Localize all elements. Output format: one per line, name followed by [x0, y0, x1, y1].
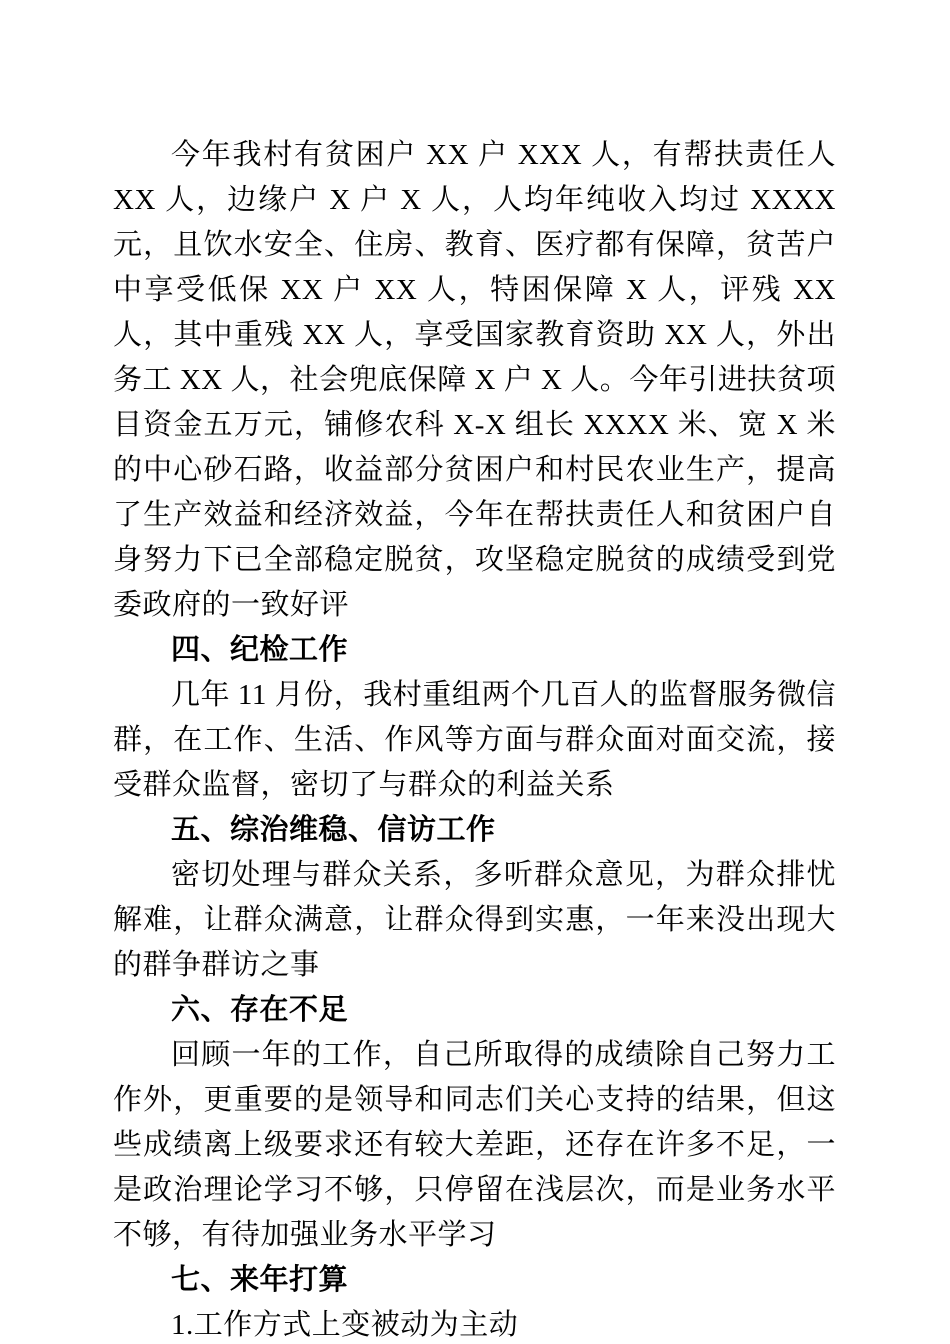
- paragraph-poverty-alleviation: 今年我村有贫困户 XX 户 XXX 人，有帮扶责任人 XX 人，边缘户 X 户 …: [113, 133, 836, 628]
- paragraph-next-year-plan-item-1: 1.工作方式上变被动为主动: [113, 1303, 836, 1344]
- document-page: 今年我村有贫困户 XX 户 XXX 人，有帮扶责任人 XX 人，边缘户 X 户 …: [0, 0, 950, 1344]
- paragraph-stability-petition: 密切处理与群众关系，多听群众意见，为群众排忧解难，让群众满意，让群众得到实惠，一…: [113, 853, 836, 988]
- paragraph-shortcomings: 回顾一年的工作，自己所取得的成绩除自己努力工作外，更重要的是领导和同志们关心支持…: [113, 1033, 836, 1258]
- document-text-block: 今年我村有贫困户 XX 户 XXX 人，有帮扶责任人 XX 人，边缘户 X 户 …: [113, 133, 836, 1344]
- section-heading-4-discipline-inspection: 四、纪检工作: [113, 628, 836, 673]
- paragraph-discipline-inspection: 几年 11 月份，我村重组两个几百人的监督服务微信群，在工作、生活、作风等方面与…: [113, 673, 836, 808]
- section-heading-7-next-year-plan: 七、来年打算: [113, 1258, 836, 1303]
- section-heading-5-stability-petition: 五、综治维稳、信访工作: [113, 808, 836, 853]
- section-heading-6-shortcomings: 六、存在不足: [113, 988, 836, 1033]
